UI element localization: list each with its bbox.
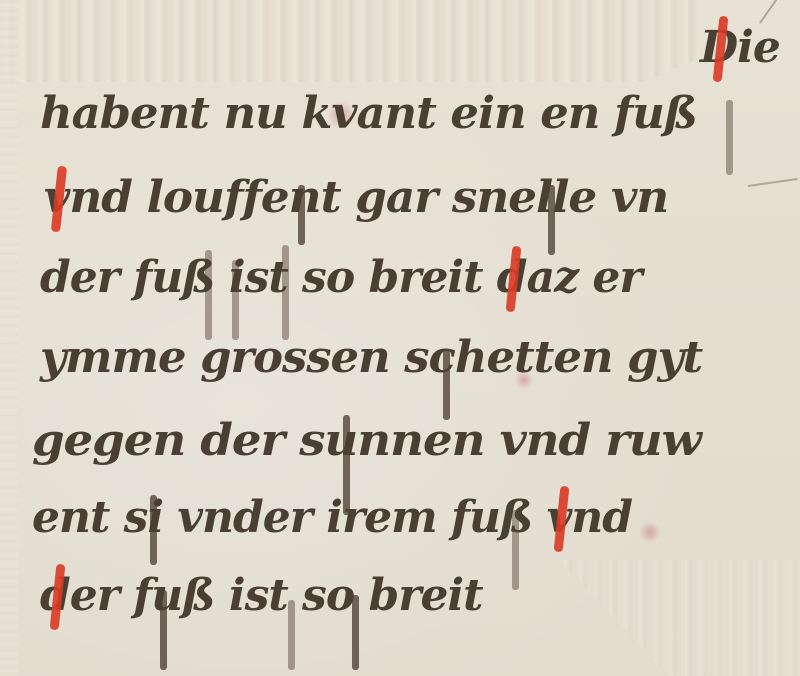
rubricated-initial: v: [44, 172, 69, 223]
manuscript-line-7: ent si vnder irem fuß vnd: [32, 492, 632, 543]
manuscript-page: Die habent nu kvant ein en fuß vnd louff…: [0, 0, 800, 676]
scan-edge-left: [0, 0, 18, 676]
manuscript-line-5: ymme grossen schetten gyt: [40, 332, 702, 383]
rubricated-initial: d: [40, 570, 70, 621]
rubricated-letter: v: [547, 492, 572, 543]
manuscript-text: Die habent nu kvant ein en fuß vnd louff…: [40, 0, 800, 676]
rubricated-letter: d: [497, 252, 527, 303]
manuscript-line-3: vnd louffent gar snelle vn: [44, 172, 668, 223]
manuscript-line-8: der fuß ist so breit: [40, 570, 482, 621]
rubricated-initial: D: [700, 22, 737, 73]
manuscript-line-2: habent nu kvant ein en fuß: [40, 88, 697, 139]
manuscript-line-6: gegen der sunnen vnd ruw: [32, 415, 701, 466]
manuscript-line-4: der fuß ist so breit daz er: [40, 252, 642, 303]
manuscript-line-1: Die: [700, 22, 780, 73]
